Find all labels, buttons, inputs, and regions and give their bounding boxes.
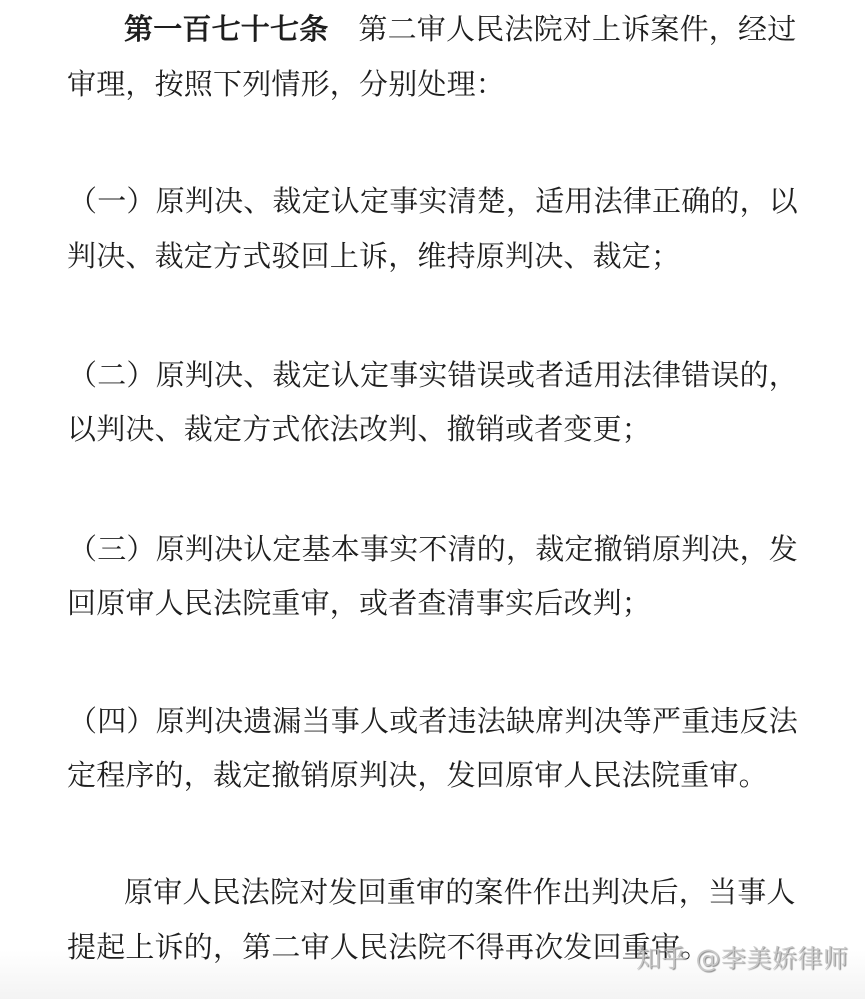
item-3-line-1: （三）原判决认定基本事实不清的，裁定撤销原判决，发 (68, 531, 798, 567)
closing-line-2: 提起上诉的，第二审人民法院不得再次发回重审。 (67, 929, 709, 965)
closing-line-1: 原审人民法院对发回重审的案件作出判决后，当事人 (124, 874, 796, 910)
item-4-line-1: （四）原判决遗漏当事人或者违法缺席判决等严重违反法 (68, 703, 798, 739)
article-intro-text: 第二审人民法院对上诉案件，经过 (358, 12, 796, 46)
item-1-line-1: （一）原判决、裁定认定事实清楚，适用法律正确的，以 (68, 183, 798, 219)
item-3-line-2: 回原审人民法院重审，或者查清事实后改判； (67, 585, 651, 621)
article-heading-line: 第一百七十七条第二审人民法院对上诉案件，经过 (124, 11, 796, 47)
item-2-line-2: 以判决、裁定方式依法改判、撤销或者变更； (67, 411, 651, 447)
zhihu-watermark: 知乎 @李美娇律师 (636, 944, 848, 974)
item-4-line-2: 定程序的，裁定撤销原判决，发回原审人民法院重审。 (67, 757, 768, 793)
item-1-line-2: 判决、裁定方式驳回上诉，维持原判决、裁定； (67, 238, 680, 274)
item-2-line-1: （二）原判决、裁定认定事实错误或者适用法律错误的， (68, 357, 798, 393)
article-number: 第一百七十七条 (124, 12, 328, 46)
article-intro-continued: 审理，按照下列情形，分别处理： (67, 66, 505, 102)
